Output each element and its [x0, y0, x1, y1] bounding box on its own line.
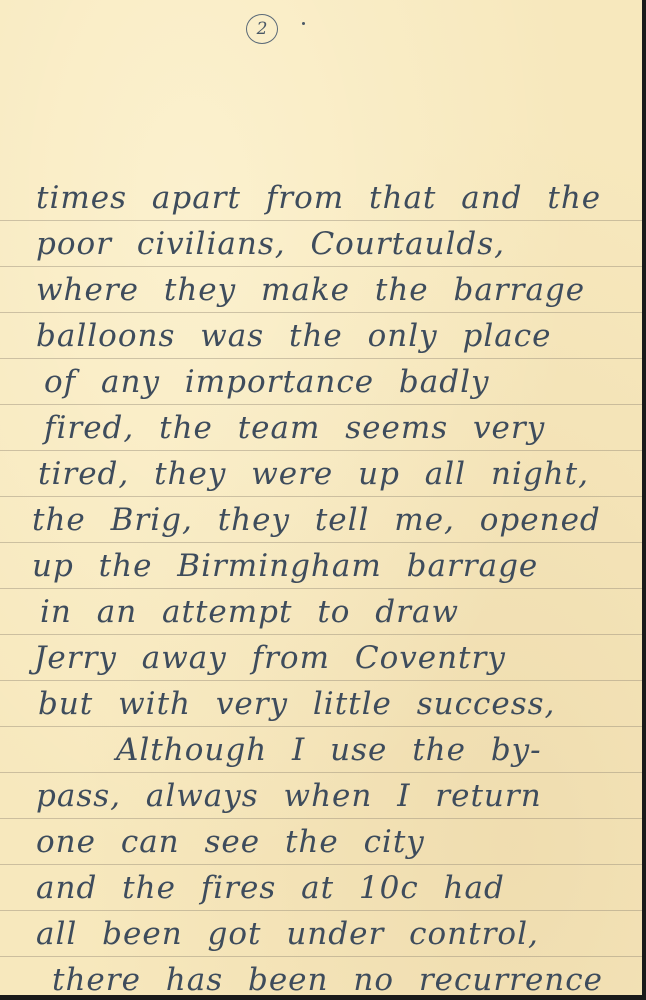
handwritten-line: of any importance badly	[0, 358, 642, 404]
line-text: up the Birmingham barrage	[32, 548, 538, 584]
handwritten-line: up the Birmingham barrage	[0, 542, 642, 588]
handwritten-line: times apart from that and the	[0, 174, 642, 220]
handwritten-line: poor civilians, Courtaulds,	[0, 220, 642, 266]
handwritten-line: pass, always when I return	[0, 772, 642, 818]
handwritten-line: tired, they were up all night,	[0, 450, 642, 496]
line-text: of any importance badly	[44, 364, 490, 400]
line-text: but with very little success,	[38, 686, 555, 722]
page-number-dot	[302, 22, 305, 25]
handwritten-line: there has been no recurrence	[0, 956, 642, 995]
handwritten-line: the Brig, they tell me, opened	[0, 496, 642, 542]
line-text: Although I use the by-	[116, 732, 542, 768]
handwritten-line: where they make the barrage	[0, 266, 642, 312]
line-text: poor civilians, Courtaulds,	[36, 226, 505, 262]
handwritten-line: Jerry away from Coventry	[0, 634, 642, 680]
handwritten-line: one can see the city	[0, 818, 642, 864]
handwritten-line: balloons was the only place	[0, 312, 642, 358]
handwritten-line: fired, the team seems very	[0, 404, 642, 450]
handwritten-line: Although I use the by-	[0, 726, 642, 772]
line-text: Jerry away from Coventry	[34, 640, 506, 676]
line-text: there has been no recurrence	[52, 962, 603, 995]
handwritten-line: but with very little success,	[0, 680, 642, 726]
line-text: pass, always when I return	[36, 778, 542, 814]
line-text: all been got under control,	[36, 916, 539, 952]
line-text: one can see the city	[36, 824, 425, 860]
handwritten-line: in an attempt to draw	[0, 588, 642, 634]
line-text: the Brig, they tell me, opened	[32, 502, 601, 538]
line-text: fired, the team seems very	[44, 410, 545, 446]
letter-page: 2 times apart from that and the poor civ…	[0, 0, 642, 995]
page-number: 2	[246, 14, 278, 44]
line-text: in an attempt to draw	[40, 594, 459, 630]
line-text: where they make the barrage	[36, 272, 585, 308]
line-text: times apart from that and the	[36, 180, 601, 216]
line-text: tired, they were up all night,	[38, 456, 589, 492]
handwritten-line: all been got under control,	[0, 910, 642, 956]
handwritten-line: and the fires at 10c had	[0, 864, 642, 910]
line-text: balloons was the only place	[36, 318, 551, 354]
line-text: and the fires at 10c had	[36, 870, 505, 906]
